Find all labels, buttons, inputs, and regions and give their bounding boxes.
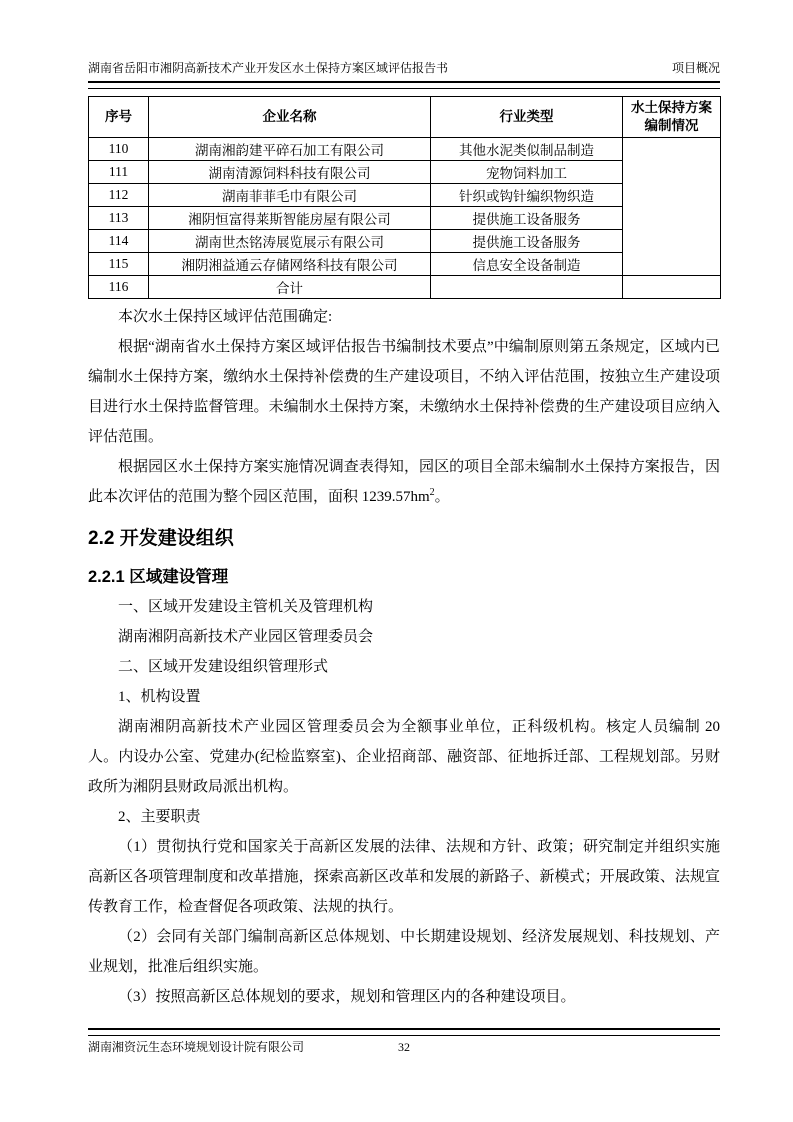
col-header-company: 企业名称 <box>149 97 431 138</box>
footer-page-number: 32 <box>88 1039 720 1056</box>
footer-row: 32 湖南湘资沅生态环境规划设计院有限公司 <box>88 1039 720 1056</box>
cell-no: 113 <box>89 207 149 230</box>
header-rule <box>88 81 720 89</box>
section-heading: 2.2 开发建设组织 <box>88 525 720 552</box>
subsection-heading: 2.2.1 区域建设管理 <box>88 565 720 590</box>
line-committee: 湖南湘阴高新技术产业园区管理委员会 <box>88 622 720 652</box>
cell-company: 湘阴湘益通云存储网络科技有限公司 <box>149 253 431 276</box>
cell-company-total: 合计 <box>149 276 431 299</box>
cell-company: 湖南世杰铭涛展览展示有限公司 <box>149 230 431 253</box>
col-header-index: 序号 <box>89 97 149 138</box>
line-org-setup: 1、机构设置 <box>88 682 720 712</box>
header-document-title: 湖南省岳阳市湘阴高新技术产业开发区水土保持方案区域评估报告书 <box>88 60 448 77</box>
cell-industry: 信息安全设备制造 <box>431 253 623 276</box>
cell-no: 112 <box>89 184 149 207</box>
line-item-one: 一、区域开发建设主管机关及管理机构 <box>88 592 720 622</box>
cell-company: 湖南清源饲料科技有限公司 <box>149 161 431 184</box>
cell-industry: 针织或钩针编织物织造 <box>431 184 623 207</box>
col-header-plan-status-line1: 水土保持方案 <box>623 99 720 117</box>
line-item-two: 二、区域开发建设组织管理形式 <box>88 652 720 682</box>
col-header-plan-status: 水土保持方案 编制情况 <box>623 97 721 138</box>
cell-no: 116 <box>89 276 149 299</box>
line-duty: 2、主要职责 <box>88 802 720 832</box>
cell-no: 110 <box>89 138 149 161</box>
table-row-total: 116 合计 <box>89 276 721 299</box>
paragraph-duty-2: （2）会同有关部门编制高新区总体规划、中长期建设规划、经济发展规划、科技规划、产… <box>88 922 720 982</box>
cell-plan-status-total <box>623 276 721 299</box>
cell-no: 114 <box>89 230 149 253</box>
cell-industry: 其他水泥类似制品制造 <box>431 138 623 161</box>
paragraph-scope-rule: 根据“湖南省水土保持方案区域评估报告书编制技术要点”中编制原则第五条规定，区域内… <box>88 332 720 452</box>
paragraph-duty-1: （1）贯彻执行党和国家关于高新区发展的法律、法规和方针、政策；研究制定并组织实施… <box>88 832 720 922</box>
paragraph-org: 湖南湘阴高新技术产业园区管理委员会为全额事业单位，正科级机构。核定人员编制 20… <box>88 712 720 802</box>
scope-area-end: 。 <box>435 489 450 505</box>
table-header-row: 序号 企业名称 行业类型 水土保持方案 编制情况 <box>89 97 721 138</box>
cell-industry <box>431 276 623 299</box>
cell-plan-status-merged <box>623 138 721 276</box>
table-row: 110 湖南湘韵建平碎石加工有限公司 其他水泥类似制品制造 <box>89 138 721 161</box>
page-footer: 32 湖南湘资沅生态环境规划设计院有限公司 <box>88 1028 720 1056</box>
document-page: 湖南省岳阳市湘阴高新技术产业开发区水土保持方案区域评估报告书 项目概况 序号 企… <box>0 0 793 1122</box>
col-header-industry: 行业类型 <box>431 97 623 138</box>
cell-industry: 提供施工设备服务 <box>431 230 623 253</box>
cell-company: 湖南菲菲毛巾有限公司 <box>149 184 431 207</box>
cell-company: 湘阴恒富得莱斯智能房屋有限公司 <box>149 207 431 230</box>
paragraph-scope-area: 根据园区水土保持方案实施情况调查表得知，园区的项目全部未编制水土保持方案报告，因… <box>88 452 720 512</box>
paragraph-duty-3: （3）按照高新区总体规划的要求，规划和管理区内的各种建设项目。 <box>88 982 720 1012</box>
col-header-plan-status-line2: 编制情况 <box>623 117 720 135</box>
cell-industry: 提供施工设备服务 <box>431 207 623 230</box>
cell-industry: 宠物饲料加工 <box>431 161 623 184</box>
cell-no: 111 <box>89 161 149 184</box>
scope-area-text: 根据园区水土保持方案实施情况调查表得知，园区的项目全部未编制水土保持方案报告，因… <box>88 459 720 505</box>
page-header: 湖南省岳阳市湘阴高新技术产业开发区水土保持方案区域评估报告书 项目概况 <box>88 60 720 77</box>
paragraph-scope-intro: 本次水土保持区域评估范围确定: <box>88 302 720 332</box>
cell-company: 湖南湘韵建平碎石加工有限公司 <box>149 138 431 161</box>
footer-rule <box>88 1028 720 1036</box>
header-section-label: 项目概况 <box>672 60 720 77</box>
cell-no: 115 <box>89 253 149 276</box>
enterprise-table: 序号 企业名称 行业类型 水土保持方案 编制情况 110 湖南湘韵建平碎石加工有… <box>88 96 721 299</box>
